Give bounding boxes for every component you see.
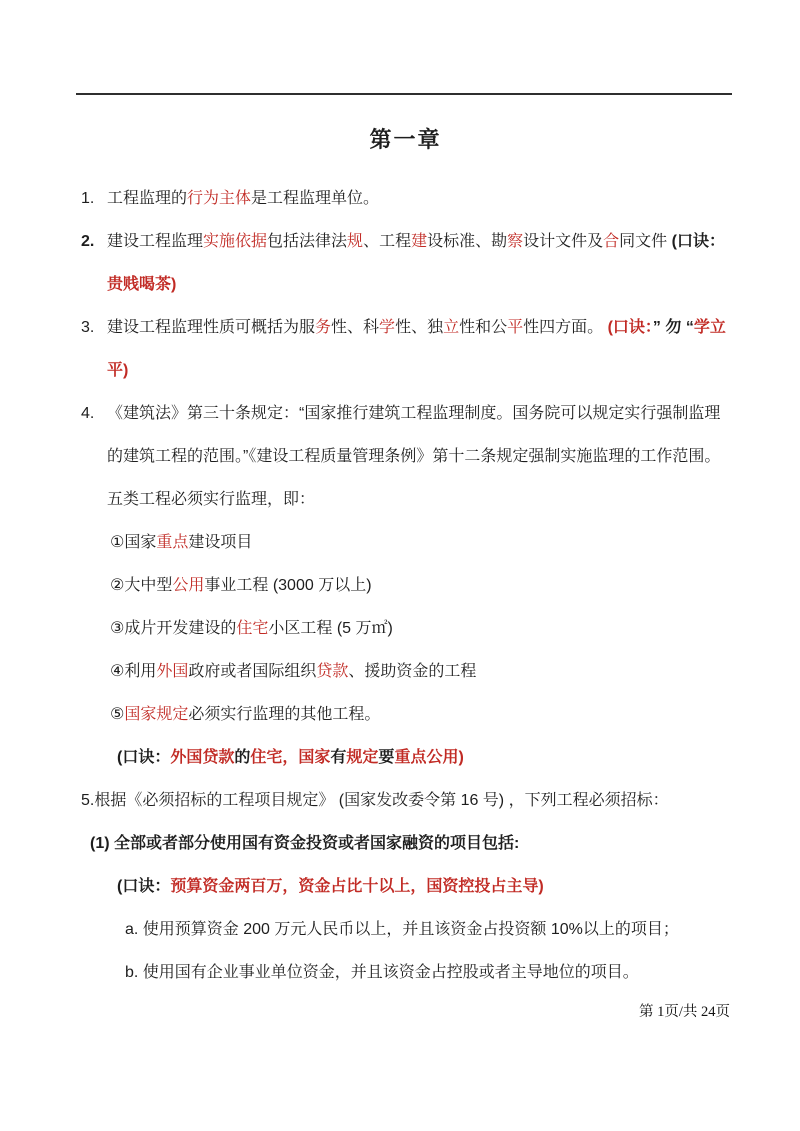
- sub-item-paren-1: (1) 全部或者部分使用国有资金投资或者国家融资的项目包括:: [90, 822, 730, 865]
- list-item-1-marker: 1.: [81, 177, 107, 220]
- sub-item-a: a. 使用预算资金 200 万元人民币以上，并且该资金占投资额 10%以上的项目…: [125, 908, 730, 951]
- list-item-3-marker: 3.: [81, 306, 107, 392]
- sub-item-circle-1: ①国家重点建设项目: [110, 521, 730, 564]
- list-item-5: 5.根据《必须招标的工程项目规定》 (国家发改委令第 16 号) ，下列工程必须…: [81, 779, 730, 822]
- list-item-3: 3. 建设工程监理性质可概括为服务性、科学性、独立性和公平性四方面。 (口诀：”…: [81, 306, 730, 392]
- chapter-title: 第一章: [81, 125, 730, 155]
- list-item-1: 1. 工程监理的行为主体是工程监理单位。: [81, 177, 730, 220]
- list-item-2-text: 建设工程监理实施依据包括法律法规、工程建设标准、勘察设计文件及合同文件 (口诀：…: [107, 220, 730, 306]
- mnemonic-paren-1: (口诀：预算资金两百万，资金占比十以上，国资控投占主导): [117, 865, 730, 908]
- list-item-3-text: 建设工程监理性质可概括为服务性、科学性、独立性和公平性四方面。 (口诀：” 勿 …: [107, 306, 730, 392]
- document-body: 1. 工程监理的行为主体是工程监理单位。 2. 建设工程监理实施依据包括法律法规…: [81, 177, 730, 994]
- document-page: 第一章 1. 工程监理的行为主体是工程监理单位。 2. 建设工程监理实施依据包括…: [0, 0, 800, 1131]
- page-content: 第一章 1. 工程监理的行为主体是工程监理单位。 2. 建设工程监理实施依据包括…: [0, 93, 800, 1021]
- mnemonic-item-4: (口诀：外国贷款的住宅，国家有规定要重点公用): [117, 736, 730, 779]
- sub-item-circle-2: ②大中型公用事业工程 (3000 万以上): [110, 564, 730, 607]
- sub-item-circle-5: ⑤国家规定必须实行监理的其他工程。: [110, 693, 730, 736]
- header-rule: [76, 93, 732, 95]
- list-item-2-marker: 2.: [81, 220, 107, 306]
- list-item-1-text: 工程监理的行为主体是工程监理单位。: [107, 177, 730, 220]
- sub-item-circle-3: ③成片开发建设的住宅小区工程 (5 万㎡): [110, 607, 730, 650]
- sub-item-circle-4: ④利用外国政府或者国际组织贷款、援助资金的工程: [110, 650, 730, 693]
- list-item-2: 2. 建设工程监理实施依据包括法律法规、工程建设标准、勘察设计文件及合同文件 (…: [81, 220, 730, 306]
- list-item-4-text: 《建筑法》第三十条规定：“国家推行建筑工程监理制度。国务院可以规定实行强制监理的…: [107, 392, 730, 521]
- sub-item-b: b. 使用国有企业事业单位资金，并且该资金占控股或者主导地位的项目。: [125, 951, 730, 994]
- list-item-4-marker: 4.: [81, 392, 107, 521]
- list-item-4: 4. 《建筑法》第三十条规定：“国家推行建筑工程监理制度。国务院可以规定实行强制…: [81, 392, 730, 521]
- page-number: 第 1页/共 24页: [81, 1000, 730, 1021]
